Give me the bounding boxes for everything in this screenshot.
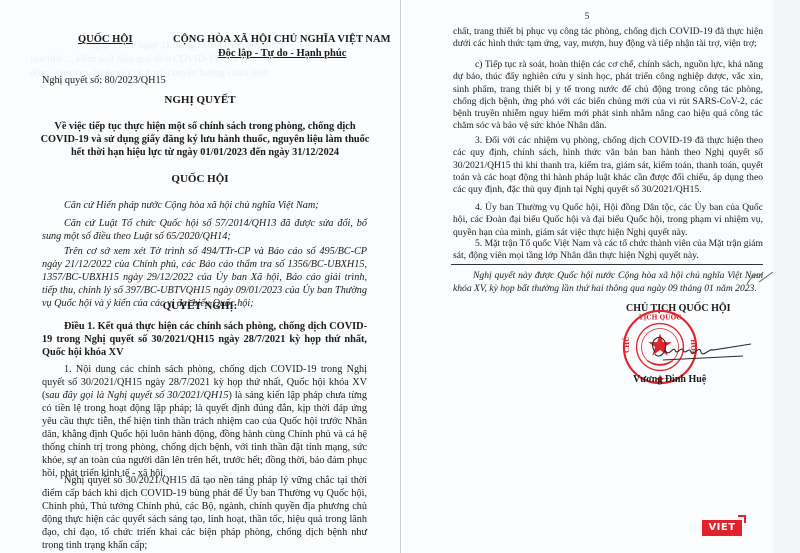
decision-heading: QUYẾT NGHỊ: bbox=[0, 300, 400, 313]
closing-statement: Nghị quyết này được Quốc hội nước Cộng h… bbox=[453, 270, 763, 295]
right-paragraph-4: 4. Ủy ban Thường vụ Quốc hội, Hội đồng D… bbox=[453, 202, 763, 239]
paragraph-italic-text: sau đây gọi là Nghị quyết số 30/2021/QH1… bbox=[45, 390, 228, 401]
right-paragraph-3: 3. Đối với các nhiệm vụ phòng, chống dịc… bbox=[453, 135, 763, 196]
issuing-organization: QUỐC HỘI bbox=[78, 33, 133, 46]
article-1-paragraph-1: 1. Nội dung các chính sách phòng, chống … bbox=[42, 363, 367, 480]
signature-icon bbox=[643, 330, 753, 370]
document-number: Nghị quyết số: 80/2023/QH15 bbox=[42, 74, 166, 87]
article-1-paragraph-2: Nghị quyết số 30/2021/QH15 đã tạo nền tả… bbox=[42, 474, 367, 552]
left-document-page: ngày 11/CP ngày 11 tháng ... ban hành qu… bbox=[0, 0, 401, 553]
national-motto: Độc lập - Tự do - Hạnh phúc bbox=[218, 47, 346, 60]
initials-mark-icon bbox=[745, 268, 774, 288]
svg-text:CHỦ: CHỦ bbox=[621, 336, 631, 353]
document-type: NGHỊ QUYẾT bbox=[0, 94, 400, 107]
background-margin bbox=[773, 0, 800, 553]
viet-watermark-logo: VIET bbox=[702, 520, 742, 536]
legal-basis-2: Căn cứ Luật Tổ chức Quốc hội số 57/2014/… bbox=[42, 217, 367, 243]
document-subject: Về việc tiếp tục thực hiện một số chính … bbox=[40, 120, 370, 159]
bleed-through-text: tạm thời ... kiểm soát hiệu quả dịch COV… bbox=[30, 54, 238, 65]
right-paragraph-2: c) Tiếp tục rà soát, hoàn thiện các cơ c… bbox=[453, 59, 763, 133]
issuer-heading: QUỐC HỘI bbox=[0, 173, 400, 186]
right-document-page: 5 chất, trang thiết bị phục vụ công tác … bbox=[401, 0, 774, 553]
signatory-name: Vương Đình Huệ bbox=[633, 373, 706, 386]
paragraph-text: ) là sáng kiến lập pháp chưa từng có tiề… bbox=[42, 390, 367, 479]
page-number: 5 bbox=[401, 10, 773, 23]
right-paragraph-1: chất, trang thiết bị phục vụ công tác ph… bbox=[453, 26, 763, 51]
right-paragraph-5: 5. Mặt trận Tổ quốc Việt Nam và các tổ c… bbox=[453, 238, 763, 263]
divider-line bbox=[451, 264, 763, 265]
national-title: CỘNG HÒA XÃ HỘI CHỦ NGHĨA VIỆT NAM bbox=[173, 33, 391, 46]
legal-basis-1: Căn cứ Hiến pháp nước Cộng hòa xã hội ch… bbox=[42, 199, 367, 212]
article-1-title: Điều 1. Kết quả thực hiện các chính sách… bbox=[42, 320, 367, 359]
